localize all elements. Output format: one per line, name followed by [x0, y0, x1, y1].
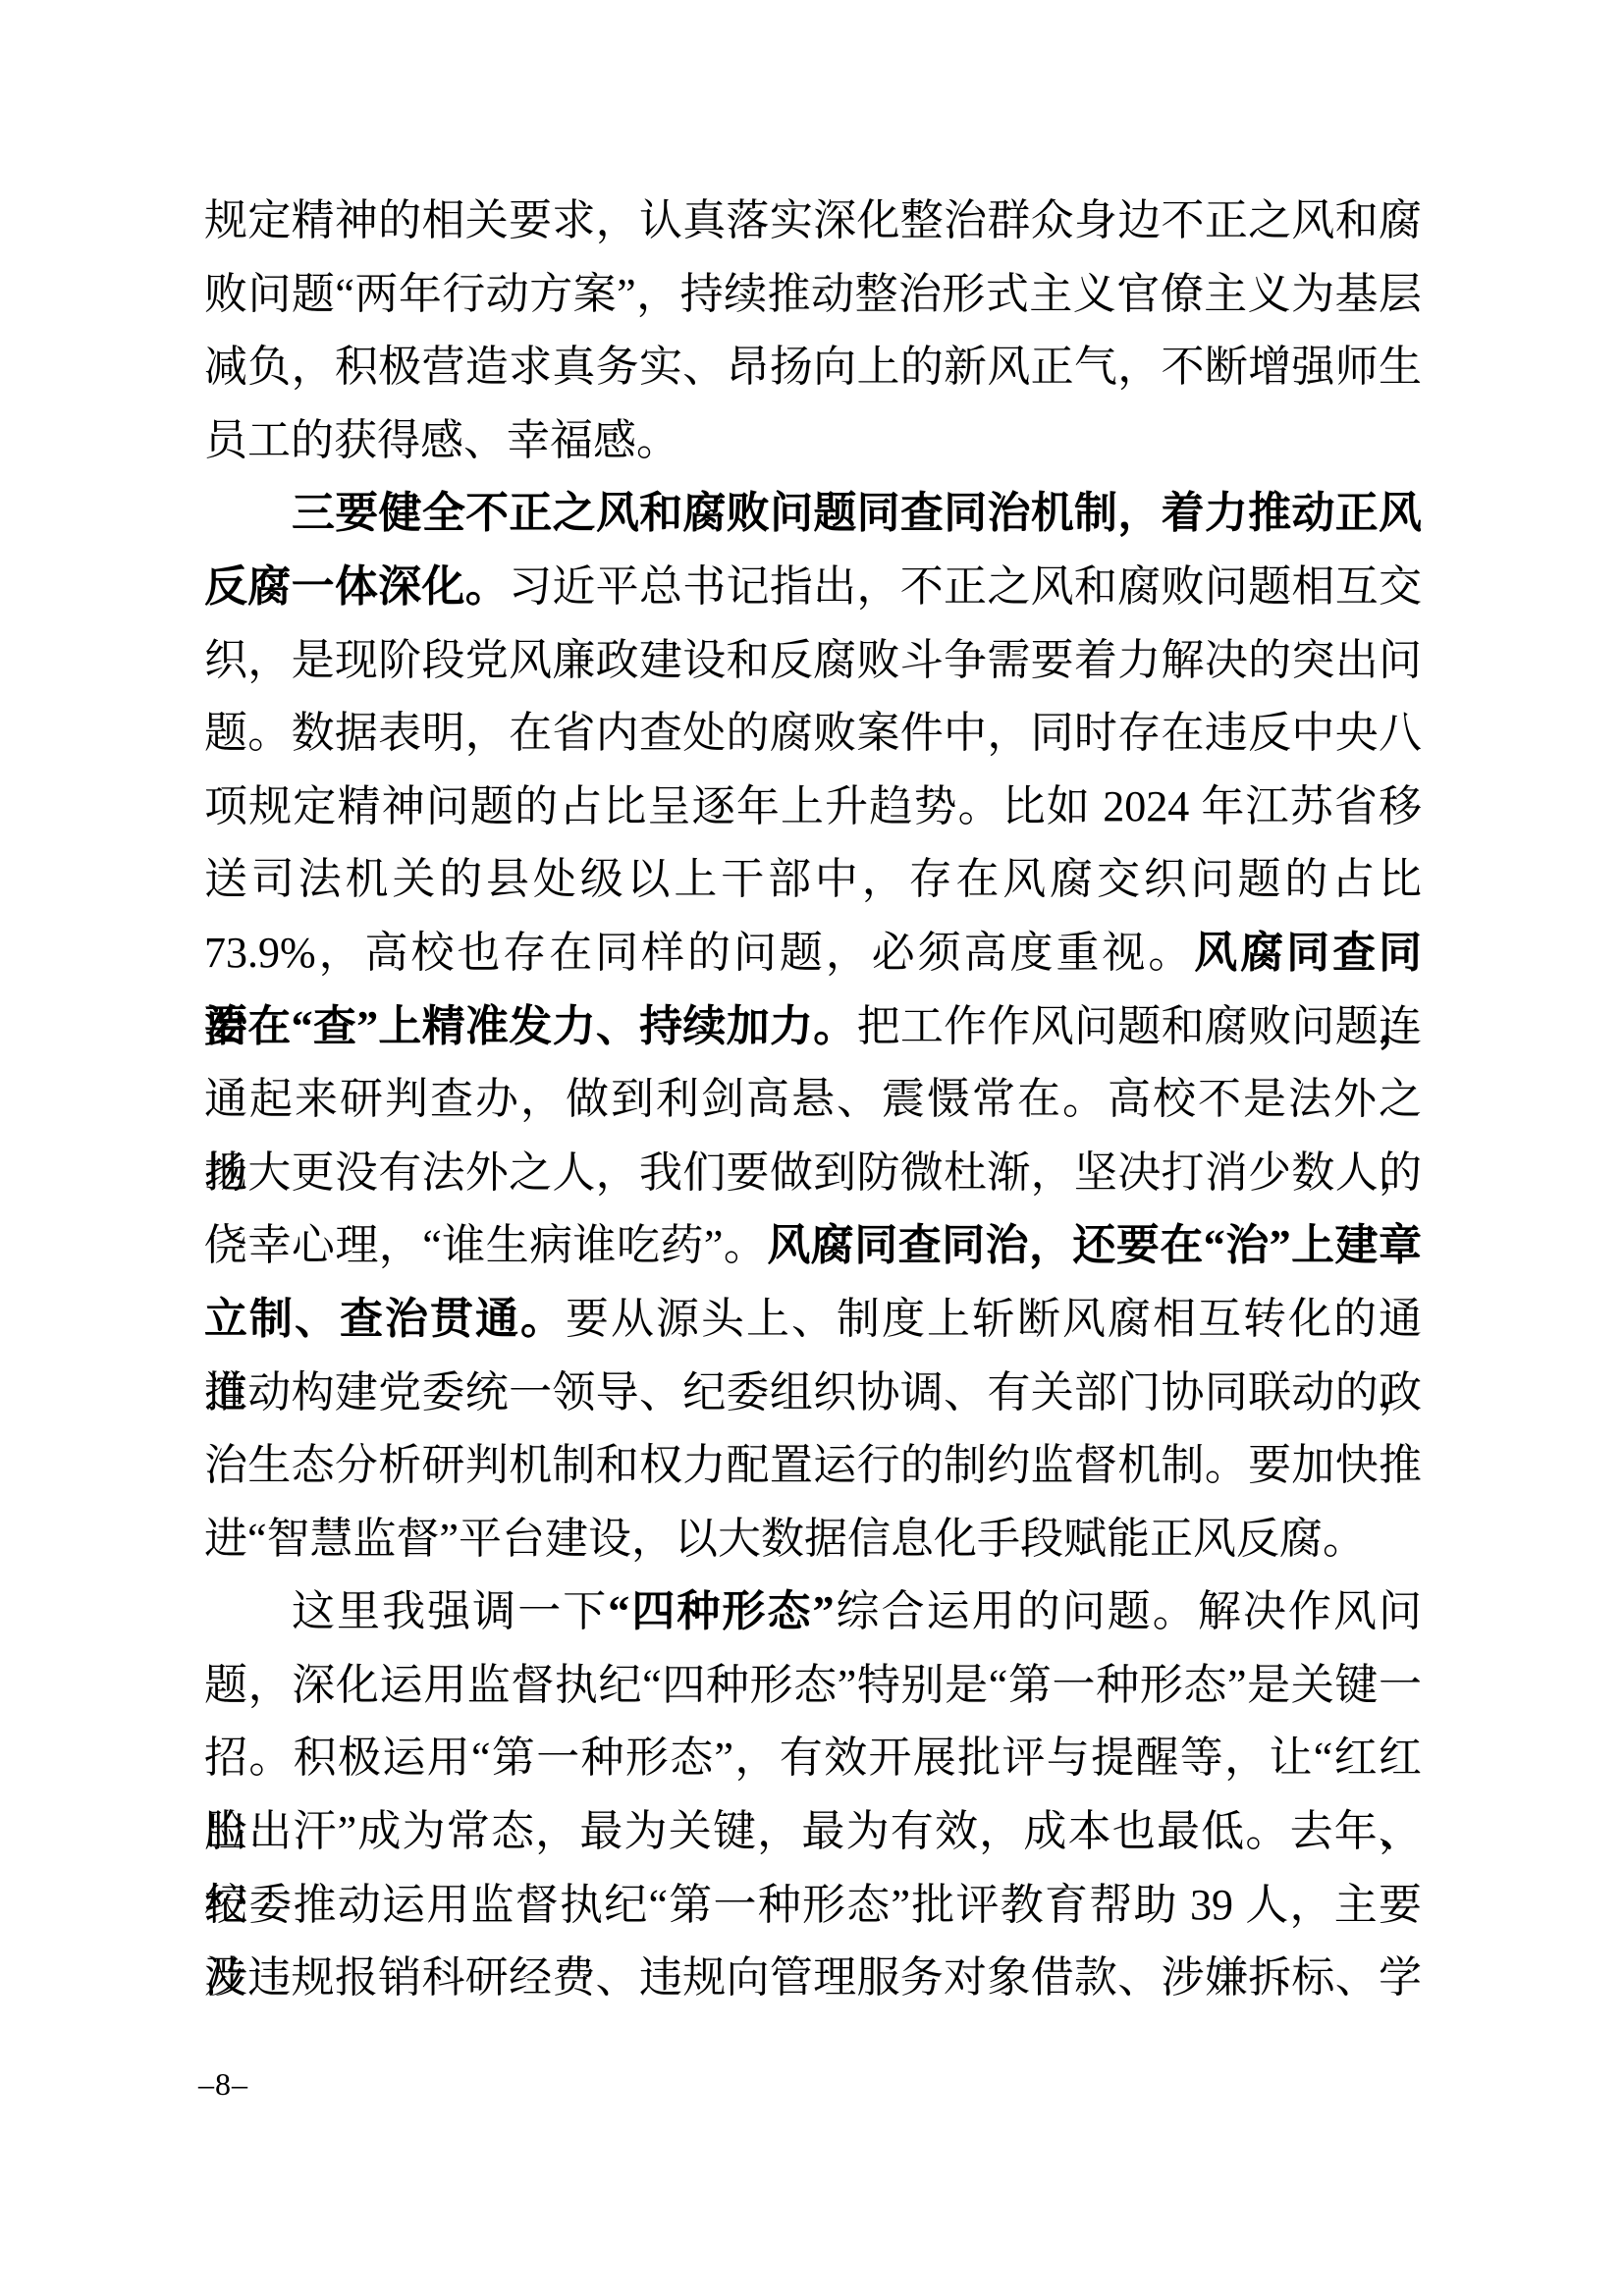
text-run: 项规定精神问题的占比呈逐年上升趋势。比如 2024 年江苏省移 — [204, 782, 1422, 830]
text-run: 综合运用的问题。解决作风问 — [834, 1587, 1422, 1635]
bold-text-run: 反腐一体深化。 — [204, 562, 509, 611]
text-line: 题，深化运用监督执纪“四种形态”特别是“第一种形态”是关键一 — [204, 1649, 1422, 1723]
text-run: 73.9%，高校也存在同样的问题，必须高度重视。 — [204, 929, 1194, 977]
text-run: 及违规报销科研经费、违规向管理服务对象借款、涉嫌拆标、学 — [204, 1953, 1422, 2002]
text-run: 习近平总书记指出，不正之风和腐败问题相互交 — [509, 562, 1422, 611]
text-run: 规定精神的相关要求，认真落实深化整治群众身边不正之风和腐 — [204, 196, 1422, 244]
text-line: 送司法机关的县处级以上干部中，存在风腐交织问题的占比 — [204, 843, 1422, 917]
text-line: 减负，积极营造求真务实、昂扬向上的新风正气，不断增强师生 — [204, 331, 1422, 404]
page-number: –8– — [198, 2064, 248, 2104]
text-line: 立制、查治贯通。要从源头上、制度上斩断风腐相互转化的通道， — [204, 1283, 1422, 1357]
text-line: 扬大更没有法外之人，我们要做到防微杜渐，坚决打消少数人的 — [204, 1137, 1422, 1210]
text-line: 出出汗”成为常态，最为关键，最为有效，成本也最低。去年，校 — [204, 1795, 1422, 1869]
bold-text-run: “四种形态” — [608, 1587, 834, 1635]
text-run: 减负，积极营造求真务实、昂扬向上的新风正气，不断增强师生 — [204, 343, 1422, 391]
text-line: 要在“查”上精准发力、持续加力。把工作作风问题和腐败问题连 — [204, 990, 1422, 1064]
text-line: 治生态分析研判机制和权力配置运行的制约监督机制。要加快推 — [204, 1429, 1422, 1503]
text-line: 项规定精神问题的占比呈逐年上升趋势。比如 2024 年江苏省移 — [204, 771, 1422, 844]
text-run: 员工的获得感、幸福感。 — [204, 416, 679, 464]
text-line: 败问题“两年行动方案”，持续推动整治形式主义官僚主义为基层 — [204, 258, 1422, 332]
bold-text-run: 要在“查”上精准发力、持续加力。 — [204, 1002, 857, 1050]
text-line: 进“智慧监督”平台建设，以大数据信息化手段赋能正风反腐。 — [204, 1503, 1422, 1576]
text-line: 规定精神的相关要求，认真落实深化整治群众身边不正之风和腐 — [204, 185, 1422, 258]
text-line: 纪委推动运用监督执纪“第一种形态”批评教育帮助 39 人，主要涉 — [204, 1869, 1422, 1943]
text-line: 73.9%，高校也存在同样的问题，必须高度重视。风腐同查同治， — [204, 917, 1422, 990]
bold-text-run: 立制、查治贯通。 — [204, 1295, 566, 1343]
text-run: 进“智慧监督”平台建设，以大数据信息化手段赋能正风反腐。 — [204, 1515, 1366, 1563]
text-line: 推动构建党委统一领导、纪委组织协调、有关部门协同联动的政 — [204, 1357, 1422, 1430]
text-run: 织，是现阶段党风廉政建设和反腐败斗争需要着力解决的突出问 — [204, 636, 1422, 684]
text-line: 这里我强调一下“四种形态”综合运用的问题。解决作风问 — [204, 1575, 1422, 1649]
text-line: 三要健全不正之风和腐败问题同查同治机制，着力推动正风 — [204, 477, 1422, 551]
text-run: 送司法机关的县处级以上干部中，存在风腐交织问题的占比 — [204, 855, 1422, 903]
text-run: 题。数据表明，在省内查处的腐败案件中，同时存在违反中央八 — [204, 709, 1422, 757]
text-line: 织，是现阶段党风廉政建设和反腐败斗争需要着力解决的突出问 — [204, 624, 1422, 698]
text-line: 及违规报销科研经费、违规向管理服务对象借款、涉嫌拆标、学 — [204, 1942, 1422, 2015]
text-line: 题。数据表明，在省内查处的腐败案件中，同时存在违反中央八 — [204, 697, 1422, 771]
text-run: 治生态分析研判机制和权力配置运行的制约监督机制。要加快推 — [204, 1441, 1422, 1489]
text-line: 通起来研判查办，做到利剑高悬、震慑常在。高校不是法外之地， — [204, 1063, 1422, 1137]
text-line: 员工的获得感、幸福感。 — [204, 404, 1422, 478]
text-run: 扬大更没有法外之人，我们要做到防微杜渐，坚决打消少数人的 — [204, 1148, 1422, 1197]
text-line: 侥幸心理，“谁生病谁吃药”。风腐同查同治，还要在“治”上建章 — [204, 1209, 1422, 1283]
text-line: 反腐一体深化。习近平总书记指出，不正之风和腐败问题相互交 — [204, 551, 1422, 624]
document-body: 规定精神的相关要求，认真落实深化整治群众身边不正之风和腐败问题“两年行动方案”，… — [204, 185, 1422, 2015]
text-run: 把工作作风问题和腐败问题连 — [857, 1002, 1422, 1050]
text-run: 侥幸心理，“谁生病谁吃药”。 — [204, 1221, 767, 1269]
text-run: 题，深化运用监督执纪“四种形态”特别是“第一种形态”是关键一 — [204, 1661, 1422, 1709]
text-run: 这里我强调一下 — [292, 1587, 608, 1635]
document-page: 规定精神的相关要求，认真落实深化整治群众身边不正之风和腐败问题“两年行动方案”，… — [0, 0, 1624, 2296]
text-run: 败问题“两年行动方案”，持续推动整治形式主义官僚主义为基层 — [204, 270, 1422, 318]
bold-text-run: 风腐同查同治，还要在“治”上建章 — [767, 1221, 1422, 1269]
bold-text-run: 三要健全不正之风和腐败问题同查同治机制，着力推动正风 — [292, 489, 1422, 537]
text-line: 招。积极运用“第一种形态”，有效开展批评与提醒等，让“红红脸、 — [204, 1722, 1422, 1795]
text-run: 推动构建党委统一领导、纪委组织协调、有关部门协同联动的政 — [204, 1368, 1422, 1416]
